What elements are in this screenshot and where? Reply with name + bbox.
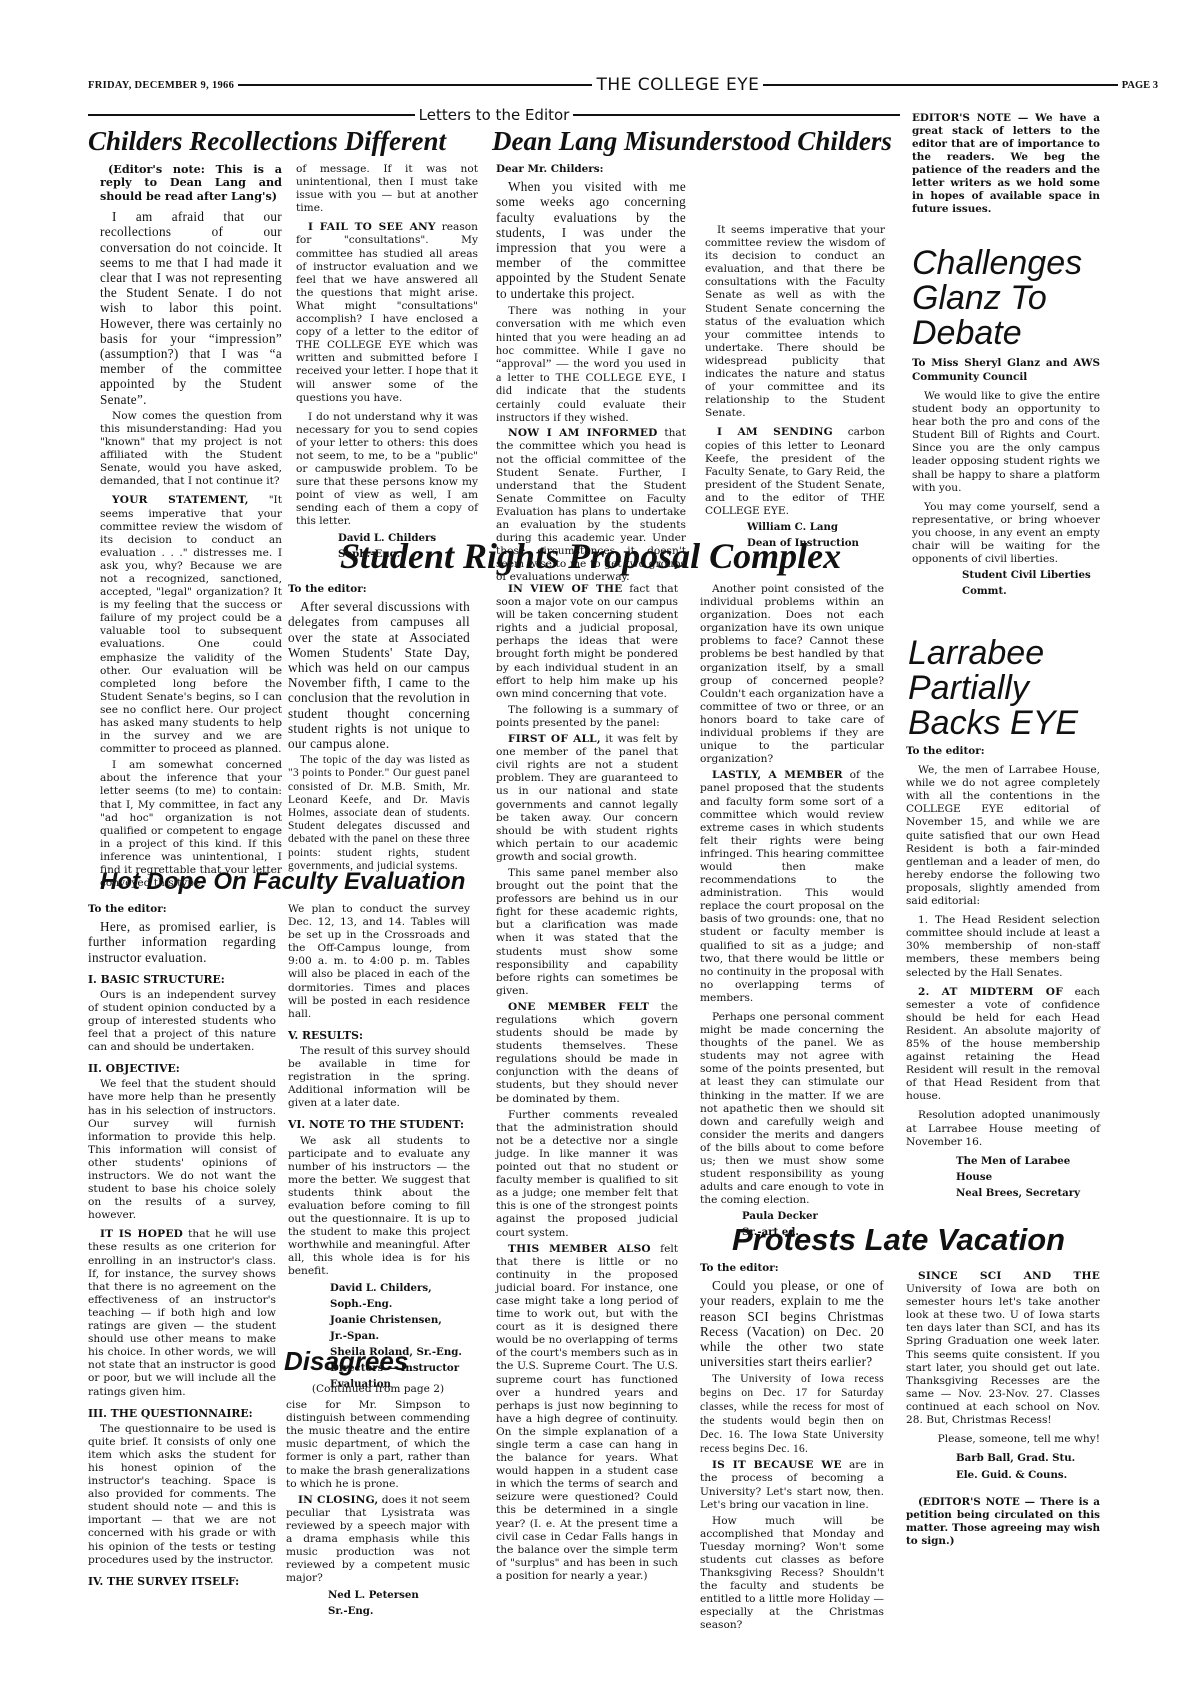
paragraph: When you visited with me some weeks ago … bbox=[496, 179, 686, 301]
headline-line: Debate bbox=[912, 316, 1102, 351]
paragraph-text: does it not seem peculiar that Lysistrat… bbox=[286, 1494, 470, 1585]
masthead-rule bbox=[763, 84, 1117, 85]
headline-line: Larrabee bbox=[908, 636, 1108, 671]
paragraph: After several discussions with delegates… bbox=[288, 599, 470, 751]
paragraph: IT IS HOPED that he will use these resul… bbox=[88, 1228, 276, 1398]
article-vacation-col2: SINCE SCI AND THE University of Iowa are… bbox=[906, 1264, 1100, 1551]
salutation: To Miss Sheryl Glanz and AWS Community C… bbox=[912, 356, 1100, 384]
headline-larrabee: Larrabee Partially Backs EYE bbox=[908, 636, 1108, 741]
paragraph: The topic of the day was listed as "3 po… bbox=[288, 754, 470, 873]
lead-in: 2. AT MIDTERM OF bbox=[918, 986, 1063, 998]
paragraph: You may come yourself, send a representa… bbox=[912, 501, 1100, 566]
paragraph: We would like to give the entire student… bbox=[912, 390, 1100, 495]
paragraph: Here, as promised earlier, is further in… bbox=[88, 919, 276, 965]
paragraph: Another point consisted of the individua… bbox=[700, 583, 884, 766]
lead-in: YOUR STATEMENT, bbox=[112, 494, 249, 506]
headline-childers: Childers Recollections Different bbox=[88, 128, 446, 155]
headline-lang: Dean Lang Misunderstood Childers bbox=[492, 128, 892, 155]
paragraph: Ours is an independent survey of student… bbox=[88, 989, 276, 1054]
paragraph-text: reason for "consultations". My committee… bbox=[296, 221, 478, 403]
paragraph: We plan to conduct the survey Dec. 12, 1… bbox=[288, 903, 470, 1021]
paragraph-text: the regulations which govern students sh… bbox=[496, 1001, 678, 1105]
paragraph: It seems imperative that your committee … bbox=[705, 224, 885, 420]
paragraph: Perhaps one personal comment might be ma… bbox=[700, 1011, 884, 1207]
lead-in: ONE MEMBER FELT bbox=[508, 1001, 649, 1013]
article-lang-col1: Dear Mr. Childers: When you visited with… bbox=[496, 163, 686, 588]
article-rights-col1: To the editor: After several discussions… bbox=[288, 583, 470, 876]
paragraph: Resolution adopted unanimously at Larrab… bbox=[906, 1109, 1100, 1148]
lead-in: I FAIL TO SEE ANY bbox=[308, 221, 436, 233]
issue-date: FRIDAY, DECEMBER 9, 1966 bbox=[88, 80, 234, 91]
article-disagrees: (Continued from page 2) cise for Mr. Sim… bbox=[286, 1383, 470, 1621]
paragraph: IS IT BECAUSE WE are in the process of b… bbox=[700, 1459, 884, 1511]
list-item: 1. The Head Resident selection committee… bbox=[906, 914, 1100, 979]
section-rule bbox=[88, 114, 415, 115]
salutation: To the editor: bbox=[88, 903, 276, 916]
headline-line: Glanz To bbox=[912, 281, 1102, 316]
lead-in: FIRST OF ALL, bbox=[508, 733, 601, 745]
masthead-rule bbox=[238, 84, 592, 85]
paragraph: Now comes the question from this misunde… bbox=[100, 410, 282, 489]
paragraph-text: "It seems imperative that your committee… bbox=[100, 494, 282, 755]
headline-glanz: Challenges Glanz To Debate bbox=[912, 246, 1102, 351]
paragraph-text: University of Iowa are both on semester … bbox=[906, 1283, 1100, 1426]
paragraph: THIS MEMBER ALSO felt that there is litt… bbox=[496, 1243, 678, 1583]
signature: Joanie Christensen, bbox=[288, 1314, 470, 1327]
page-number: PAGE 3 bbox=[1122, 80, 1158, 91]
lead-in: LASTLY, A MEMBER bbox=[712, 769, 843, 781]
section-label: Letters to the Editor bbox=[415, 106, 574, 124]
signature: Barb Ball, Grad. Stu. bbox=[906, 1452, 1100, 1465]
article-rights-col2: IN VIEW OF THE fact that soon a major vo… bbox=[496, 583, 678, 1586]
paragraph: I FAIL TO SEE ANY reason for "consultati… bbox=[296, 221, 478, 404]
editor-note: (Editor's note: This is a reply to Dean … bbox=[100, 163, 282, 203]
lead-in: SINCE SCI AND THE bbox=[918, 1270, 1100, 1282]
headline-hotdope: Hot Dope On Faculty Evaluation bbox=[100, 870, 465, 894]
signature: Jr.-Span. bbox=[288, 1330, 470, 1343]
section-rule bbox=[573, 114, 900, 115]
headline-line: Backs EYE bbox=[908, 706, 1108, 741]
paragraph: of message. If it was not unintentional,… bbox=[296, 163, 478, 215]
paragraph: FIRST OF ALL, it was felt by one member … bbox=[496, 733, 678, 864]
salutation: To the editor: bbox=[906, 745, 1100, 758]
article-rights-col3: Another point consisted of the individua… bbox=[700, 583, 884, 1242]
lead-in: IN CLOSING, bbox=[298, 1494, 378, 1506]
list-item: 2. AT MIDTERM OF each semester a vote of… bbox=[906, 986, 1100, 1104]
lead-in: IS IT BECAUSE WE bbox=[712, 1459, 842, 1471]
paragraph: We feel that the student should have mor… bbox=[88, 1078, 276, 1222]
paragraph: IN CLOSING, does it not seem peculiar th… bbox=[286, 1494, 470, 1586]
signature: Soph.-Eng. bbox=[288, 1298, 470, 1311]
paragraph: ONE MEMBER FELT the regulations which go… bbox=[496, 1001, 678, 1106]
paragraph-text: fact that soon a major vote on our campu… bbox=[496, 583, 678, 700]
salutation: Dear Mr. Childers: bbox=[496, 163, 686, 176]
signature: Student Civil Liberties bbox=[912, 569, 1100, 582]
paragraph: I AM SENDING carbon copies of this lette… bbox=[705, 426, 885, 518]
article-childers-col1: (Editor's note: This is a reply to Dean … bbox=[100, 163, 282, 893]
section-title: III. THE QUESTIONNAIRE: bbox=[88, 1407, 276, 1420]
section-title: V. RESULTS: bbox=[288, 1029, 470, 1042]
paragraph: Please, someone, tell me why! bbox=[906, 1433, 1100, 1446]
paragraph: There was nothing in your conversation w… bbox=[496, 304, 686, 425]
paragraph: The following is a summary of points pre… bbox=[496, 704, 678, 730]
editors-note-top: EDITOR'S NOTE — We have a great stack of… bbox=[912, 112, 1100, 216]
section-header: Letters to the Editor bbox=[88, 104, 900, 126]
paragraph: This same panel member also brought out … bbox=[496, 867, 678, 998]
paragraph-text: each semester a vote of confidence shoul… bbox=[906, 986, 1100, 1103]
signature: David L. Childers, bbox=[288, 1282, 470, 1295]
continued-note: (Continued from page 2) bbox=[286, 1383, 470, 1396]
signature: House bbox=[906, 1171, 1100, 1184]
signature: Neal Brees, Secretary bbox=[906, 1187, 1100, 1200]
lead-in: IT IS HOPED bbox=[100, 1228, 183, 1240]
paragraph: How much will be accomplished that Monda… bbox=[700, 1515, 884, 1633]
section-title: I. BASIC STRUCTURE: bbox=[88, 973, 276, 986]
article-hotdope-col2: We plan to conduct the survey Dec. 12, 1… bbox=[288, 903, 470, 1394]
paragraph: I am afraid that our recollections of ou… bbox=[100, 209, 282, 407]
salutation: To the editor: bbox=[700, 1262, 884, 1275]
paragraph: We ask all students to participate and t… bbox=[288, 1135, 470, 1279]
headline-disagrees: Disagrees bbox=[284, 1348, 408, 1374]
headline-line: Partially bbox=[908, 671, 1108, 706]
signature: The Men of Larabee bbox=[906, 1155, 1100, 1168]
headline-rights: Student Rights Proposal Complex bbox=[340, 538, 841, 574]
lead-in: I AM SENDING bbox=[717, 426, 833, 438]
article-lang-col2: It seems imperative that your committee … bbox=[705, 218, 885, 553]
paragraph-text: of the panel proposed that the students … bbox=[700, 769, 884, 1004]
signature: Ned L. Petersen bbox=[286, 1589, 470, 1602]
paragraph: YOUR STATEMENT, "It seems imperative tha… bbox=[100, 494, 282, 756]
section-title: II. OBJECTIVE: bbox=[88, 1062, 276, 1075]
headline-line: Challenges bbox=[912, 246, 1102, 281]
paragraph: cise for Mr. Simpson to distinguish betw… bbox=[286, 1399, 470, 1491]
paper-title: THE COLLEGE EYE bbox=[596, 75, 759, 95]
signature: Sr.-Eng. bbox=[286, 1605, 470, 1618]
paragraph: The University of Iowa recess begins on … bbox=[700, 1372, 884, 1456]
article-glanz: To Miss Sheryl Glanz and AWS Community C… bbox=[912, 356, 1100, 601]
signature: Commt. bbox=[912, 585, 1100, 598]
signature: Ele. Guid. & Couns. bbox=[906, 1469, 1100, 1482]
masthead: FRIDAY, DECEMBER 9, 1966 THE COLLEGE EYE… bbox=[88, 74, 1158, 96]
paragraph: SINCE SCI AND THE University of Iowa are… bbox=[906, 1270, 1100, 1427]
paragraph-text: it was felt by one member of the panel t… bbox=[496, 733, 678, 863]
paragraph: Further comments revealed that the admin… bbox=[496, 1109, 678, 1240]
article-vacation-col1: To the editor: Could you please, or one … bbox=[700, 1262, 884, 1636]
paragraph: I do not understand why it was necessary… bbox=[296, 411, 478, 529]
lead-in: THIS MEMBER ALSO bbox=[508, 1243, 651, 1255]
article-hotdope-col1: To the editor: Here, as promised earlier… bbox=[88, 903, 276, 1591]
paragraph: The questionnaire to be used is quite br… bbox=[88, 1423, 276, 1567]
headline-vacation: Protests Late Vacation bbox=[732, 1224, 1065, 1255]
paragraph-text: that he will use these results as one cr… bbox=[88, 1228, 276, 1397]
paragraph: The result of this survey should be avai… bbox=[288, 1045, 470, 1110]
article-larrabee: To the editor: We, the men of Larrabee H… bbox=[906, 745, 1100, 1203]
lead-in: IN VIEW OF THE bbox=[508, 583, 622, 595]
paragraph-text: carbon copies of this letter to Leonard … bbox=[705, 426, 885, 517]
paragraph: LASTLY, A MEMBER of the panel proposed t… bbox=[700, 769, 884, 1005]
signature: William C. Lang bbox=[705, 521, 885, 534]
paragraph: Could you please, or one of your readers… bbox=[700, 1278, 884, 1369]
editors-note-bottom: (EDITOR'S NOTE — There is a petition bei… bbox=[906, 1496, 1100, 1548]
section-title: IV. THE SURVEY ITSELF: bbox=[88, 1575, 276, 1588]
paragraph: We, the men of Larrabee House, while we … bbox=[906, 764, 1100, 908]
paragraph: IN VIEW OF THE fact that soon a major vo… bbox=[496, 583, 678, 701]
salutation: To the editor: bbox=[288, 583, 470, 596]
lead-in: NOW I AM INFORMED bbox=[508, 427, 658, 439]
article-childers-col2: of message. If it was not unintentional,… bbox=[296, 163, 478, 564]
paragraph-text: felt that there is little or no continui… bbox=[496, 1243, 678, 1582]
section-title: VI. NOTE TO THE STUDENT: bbox=[288, 1118, 470, 1131]
